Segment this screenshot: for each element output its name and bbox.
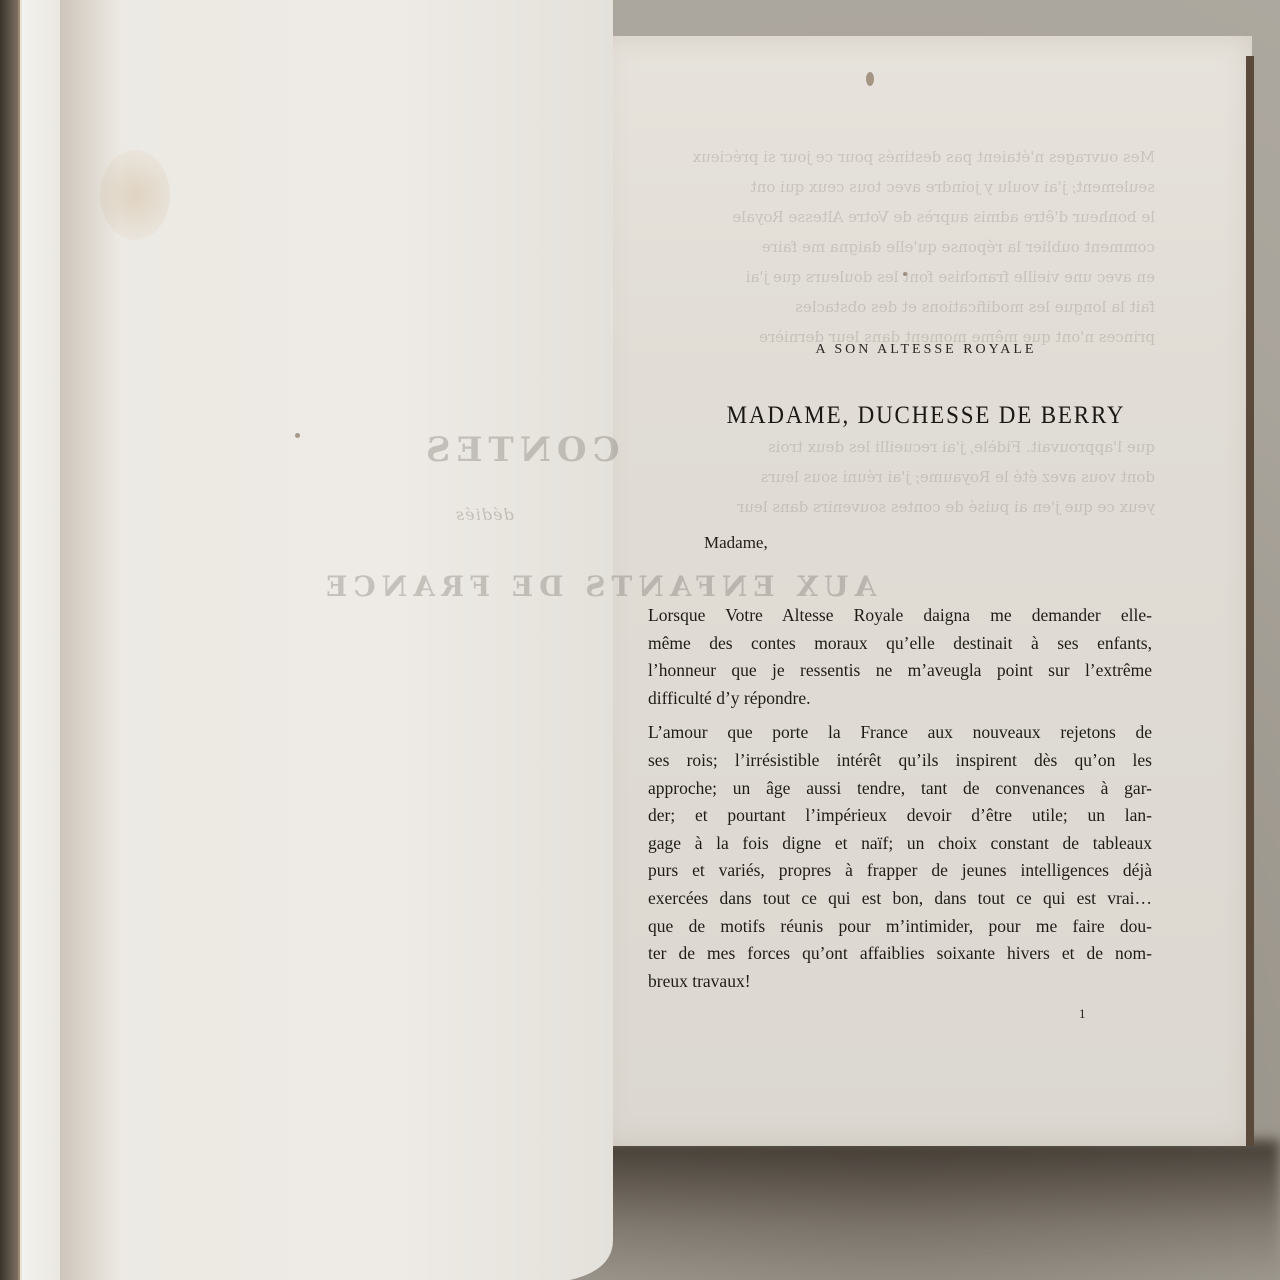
page-number: 1	[1079, 1006, 1086, 1022]
text-line: approche; un âge aussi tendre, tant de c…	[648, 775, 1152, 803]
bleed-through-text: en avec une vieille franchise font les d…	[640, 262, 1155, 292]
dedication-kicker: A SON ALTESSE ROYALE	[600, 342, 1252, 358]
text-line: exercées dans tout ce qui est bon, dans …	[648, 885, 1152, 913]
text-line: gage à la fois digne et naïf; un choix c…	[648, 830, 1152, 858]
foxing-speck	[866, 72, 874, 86]
bleed-through-text: yeux ce que j'en ai puisé de contes souv…	[640, 492, 1155, 522]
text-line: même des contes moraux qu’elle destinait…	[648, 630, 1152, 658]
showthrough-subtitle: dédiés	[455, 505, 514, 524]
bleed-through-text: dont vous avez été le Royaume; j'ai réun…	[640, 462, 1155, 492]
dedication-body: Lorsque Votre Altesse Royale daigna me d…	[648, 602, 1152, 995]
text-line: difficulté d’y répondre.	[648, 685, 1152, 713]
bleed-through-text: fait la longue les modifications et des …	[640, 292, 1155, 322]
text-line: l’honneur que je ressentis ne m’aveugla …	[648, 657, 1152, 685]
paragraph: Lorsque Votre Altesse Royale daigna me d…	[648, 602, 1152, 712]
bleed-through-text: seulement; j'ai voulu y joindre avec tou…	[640, 172, 1155, 202]
text-line: der; et pourtant l’impérieux devoir d’êt…	[648, 802, 1152, 830]
text-line: ter de mes forces qu’ont affaiblies soix…	[648, 940, 1152, 968]
text-line: que de motifs réunis pour m’intimider, p…	[648, 913, 1152, 941]
bleed-through-text: que l'approuvait. Fidèle, j'ai recueilli…	[640, 432, 1155, 462]
text-line: ses rois; l’irrésistible intérêt qu’ils …	[648, 747, 1152, 775]
paragraph: L’amour que porte la France aux nouveaux…	[648, 719, 1152, 995]
bleed-through-text: Mes ouvrages n'étaient pas destinés pour…	[640, 142, 1155, 172]
salutation: Madame,	[704, 533, 768, 553]
bleed-through-text: le bonheur d'être admis auprès de Votre …	[640, 202, 1155, 232]
book-cover-edge	[0, 0, 18, 1280]
paragraph-gap	[648, 712, 1152, 719]
foxing-stain	[100, 150, 170, 240]
bleed-through-text: comment oublier la réponse qu'elle daign…	[640, 232, 1155, 262]
foxing-speck	[295, 433, 300, 438]
text-line: purs et variés, propres à frapper de jeu…	[648, 857, 1152, 885]
text-line: Lorsque Votre Altesse Royale daigna me d…	[648, 602, 1152, 630]
text-line: L’amour que porte la France aux nouveaux…	[648, 719, 1152, 747]
text-line: breux travaux!	[648, 968, 1152, 996]
book-shadow	[520, 1140, 1280, 1280]
showthrough-line: AUX ENFANTS DE FRANCE	[320, 570, 876, 603]
showthrough-title: CONTES	[420, 430, 620, 470]
dedication-title: MADAME, DUCHESSE DE BERRY	[626, 402, 1226, 430]
foxing-speck	[903, 272, 907, 276]
right-cover-edge	[1246, 56, 1254, 1146]
